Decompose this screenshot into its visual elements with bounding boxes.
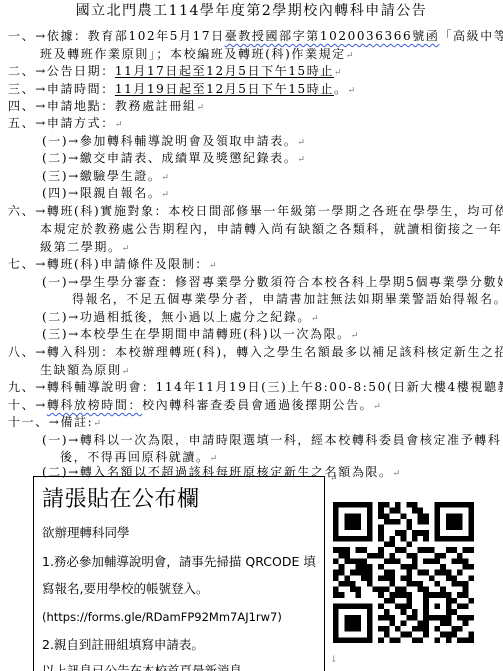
section-text: 教育部102年5月17日 [88,29,225,43]
paragraph-mark-icon: ↵ [351,331,359,341]
list-item: (一)→參加轉科輔導說明會及領取申請表。 [42,134,297,148]
notice-box: 請張貼在公布欄 欲辦理轉科同學 1.務必參加輔導說明會，請事先掃描 QRCODE… [33,476,325,671]
section-label: 申請地點： [47,99,115,113]
section-number: 三、→ [8,82,47,96]
section-1: 一、→依據：教育部102年5月17日臺教授國部字第1020036366號函「高級… [8,28,503,44]
paragraph-mark-icon: ↵ [348,86,356,96]
section-text: 生缺額為原則 [40,363,122,377]
section-text: 「高級中等學校編 [439,29,503,43]
section-7-item-1-cont: 得報名，不足五個專業學分者，申請書加註無法如期畢業警語始得報名。↵ [72,291,503,309]
section-11-item-1: (一)→轉科以一次為限，申請時限選填一科，經本校轉科委員會核定准予轉科 [42,432,501,448]
doc-reference: 臺教授國部字第1020036366號函 [225,29,440,43]
section-2: 二、→公告日期：11月17日起至12月5日下午15時止↵ [8,63,342,81]
paragraph-mark-icon: ↵ [330,474,338,484]
poster-heading: 請張貼在公布欄 [42,487,200,513]
section-text: 級第二學期。 [40,240,122,254]
section-number: 七、→ [8,257,47,271]
paragraph-mark-icon: ↵ [346,51,354,61]
section-7-item-1: (一)→學生學分審查：修習專業學分數須符合本校各科上學期5個專業學分數始 [42,274,503,290]
section-5-item-2: (二)→繳交申請表、成績單及獎懲紀錄表。↵ [42,150,305,168]
section-6: 六、→轉班(科)實施對象：本校日間部修畢一年級第一學期之各班在學學生，均可依 [8,203,503,219]
poster-greeting: 欲辦理轉科同學 [42,525,130,541]
list-item: (三)→繳驗學生證。 [42,169,161,183]
line-break-mark-icon: ↓ [330,655,338,665]
paragraph-mark-icon: ↵ [334,68,342,78]
qr-code-icon[interactable] [333,502,474,643]
paragraph-mark-icon: ↵ [161,190,169,200]
list-item: (二)→功過相抵後，無小過以上處分之紀錄。 [42,310,311,324]
section-5-item-4: (四)→限親自報名。↵ [42,185,169,203]
list-item: (三)→本校學生在學期間申請轉班(科)以一次為限。 [42,327,351,341]
paragraph-mark-icon: ↵ [122,244,130,254]
paragraph-mark-icon: ↵ [297,138,305,148]
section-label: 轉科放榜時間： [47,398,142,412]
section-label: 申請方式： [47,116,115,130]
list-item: (一)→轉科以一次為限，申請時限選填一科，經本校轉科委員會核定准予轉科 [42,433,501,447]
poster-step-2: 2.親自到註冊組填寫申請表。 [42,637,204,653]
section-label: 轉班(科)申請條件及限制： [47,257,209,271]
section-number: 八、→ [8,345,47,359]
section-number: 九、→ [8,380,47,394]
poster-step-1: 1.務必參加輔導說明會，請事先掃描 QRCODE 填 [42,554,316,570]
paragraph-mark-icon: ↵ [210,454,218,464]
section-8: 八、→轉入科別：本校辦理轉班(科)，轉入之學生名額最多以補足該科核定新生之招 [8,344,503,360]
list-item: (四)→限親自報名。 [42,186,161,200]
section-label: 轉入科別： [47,345,115,359]
list-item-cont: 後，不得再回原科就讀。 [60,450,210,464]
announcement-date: 11月17日起至12月5日下午15時止 [115,64,334,78]
section-9: 九、→轉科輔導說明會：114年11月19日(三)上午8:00-8:50(日新大樓… [8,379,503,397]
section-8-cont: 生缺額為原則↵ [40,362,129,380]
section-7: 七、→轉班(科)申請條件及限制：↵ [8,256,217,274]
section-label: 依據： [47,29,88,43]
section-label: 申請時間： [47,82,115,96]
section-7-item-3: (三)→本校學生在學期間申請轉班(科)以一次為限。↵ [42,326,358,344]
section-6-cont-1: 本規定於教務處公告期程內，申請轉入尚有缺額之各類科，就讀相銜接之一年 [40,221,502,237]
section-label: 公告日期： [47,64,115,78]
section-3: 三、→申請時間：11月19日起至12月5日下午15時止。↵ [8,81,355,99]
section-6-cont-2: 級第二學期。↵ [40,239,129,257]
section-number: 十、→ [8,398,47,412]
paragraph-mark-icon: ↵ [122,367,130,377]
paragraph-mark-icon: ↵ [393,469,401,479]
paragraph-mark-icon: ↵ [161,173,169,183]
list-item: (二)→繳交申請表、成績單及獎懲紀錄表。 [42,151,297,165]
poster-step-1-cont: 寫報名,要用學校的帳號登入。 [42,581,208,597]
poster-form-link[interactable]: (https://forms.gle/RDamFP92Mm7AJ1rw7) [42,609,282,625]
briefing-session: 114年11月19日(三)上午8:00-8:50(日新大樓4樓視聽教室)。 [156,380,503,394]
paragraph-mark-icon: ↵ [311,314,319,324]
section-11: 十一、→備註:↵ [8,414,101,432]
section-1-cont: 班及轉班作業原則」；本校編班及轉班(科)作業規定↵ [40,46,353,64]
application-period: 11月19日起至12月5日下午15時止 [115,82,334,96]
paragraph-mark-icon: ↵ [209,261,217,271]
section-5: 五、→申請方式：↵ [8,115,122,133]
section-number: 一、→ [8,29,47,43]
section-text: 。 [334,82,348,96]
section-label: 轉班(科)實施對象： [47,204,168,218]
poster-footer: 以上訊息已公告在本校首頁最新消息 [42,663,242,671]
section-number: 六、→ [8,204,47,218]
document-title: 國立北門農工114學年度第2學期校內轉科申請公告 [0,2,503,20]
list-item-cont: 得報名，不足五個專業學分者，申請書加註無法如期畢業警語始得報名。 [72,292,503,306]
section-text: 本校辦理轉班(科)，轉入之學生名額最多以補足該科核定新生之招 [115,345,503,359]
section-number: 二、→ [8,64,47,78]
section-label: 轉科輔導說明會： [47,380,156,394]
section-7-item-2: (二)→功過相抵後，無小過以上處分之紀錄。↵ [42,309,319,327]
section-5-item-1: (一)→參加轉科輔導說明會及領取申請表。↵ [42,133,305,151]
section-text: 本校日間部修畢一年級第一學期之各班在學學生，均可依 [168,204,503,218]
section-text: 本規定於教務處公告期程內，申請轉入尚有缺額之各類科，就讀相銜接之一年 [40,222,502,236]
section-number: 五、→ [8,116,47,130]
paragraph-mark-icon: ↵ [196,103,204,113]
paragraph-mark-icon: ↵ [373,402,381,412]
section-5-item-3: (三)→繳驗學生證。↵ [42,168,169,186]
section-number: 十一、→ [8,415,60,429]
section-10: 十、→轉科放榜時間：校內轉科審查委員會通過後擇期公告。↵ [8,397,381,415]
list-item: (一)→學生學分審查：修習專業學分數須符合本校各科上學期5個專業學分數始 [42,275,503,289]
paragraph-mark-icon: ↵ [115,120,123,130]
application-location: 教務處註冊組 [115,99,197,113]
paragraph-mark-icon: ↵ [93,419,101,429]
section-text: 班及轉班作業原則」；本校編班及轉班(科)作業規定 [40,47,346,61]
paragraph-mark-icon: ↵ [297,155,305,165]
section-text: 校內轉科審查委員會通過後擇期公告。 [142,398,373,412]
section-number: 四、→ [8,99,47,113]
section-label: 備註: [60,415,93,429]
section-4: 四、→申請地點：教務處註冊組↵ [8,98,204,116]
